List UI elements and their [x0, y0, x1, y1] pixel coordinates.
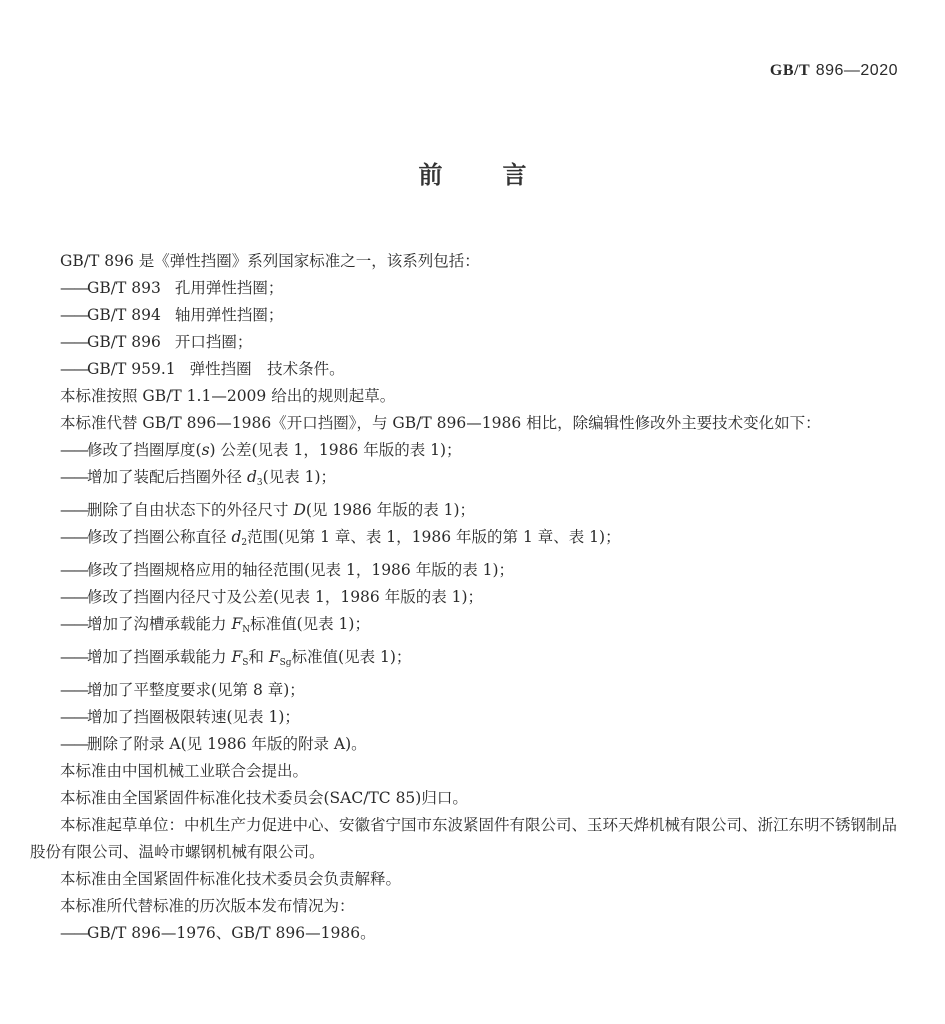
interpreted-by: 本标准由全国紧固件标准化技术委员会负责解释。	[30, 866, 910, 893]
standard-code: GB/T	[770, 62, 810, 79]
change-item: ——删除了自由状态下的外径尺寸 D(见 1986 年版的表 1)；	[30, 497, 910, 524]
series-item: ——GB/T 896开口挡圈；	[30, 329, 910, 356]
series-item: ——GB/T 959.1弹性挡圈 技术条件。	[30, 356, 910, 383]
proposed-by: 本标准由中国机械工业联合会提出。	[30, 758, 910, 785]
page-title: 前言	[0, 155, 945, 190]
series-intro: GB/T 896 是《弹性挡圈》系列国家标准之一，该系列包括：	[30, 248, 910, 275]
change-item: ——修改了挡圈厚度(s) 公差(见表 1，1986 年版的表 1)；	[30, 437, 910, 464]
replaces-statement: 本标准代替 GB/T 896—1986《开口挡圈》，与 GB/T 896—198…	[30, 410, 910, 437]
change-item: ——增加了挡圈极限转速(见表 1)；	[30, 704, 910, 731]
title-char-1: 前	[419, 155, 443, 190]
history-intro: 本标准所代替标准的历次版本发布情况为：	[30, 893, 910, 920]
change-item: ——增加了沟槽承载能力 FN标准值(见表 1)；	[30, 611, 910, 644]
standard-number-header: GB/T 896—2020	[770, 60, 898, 80]
series-item: ——GB/T 894轴用弹性挡圈；	[30, 302, 910, 329]
standard-number: 896—2020	[816, 62, 898, 79]
change-item: ——修改了挡圈公称直径 d2范围(见第 1 章、表 1，1986 年版的第 1 …	[30, 524, 910, 557]
drafting-rule: 本标准按照 GB/T 1.1—2009 给出的规则起草。	[30, 383, 910, 410]
drafting-units: 本标准起草单位：中机生产力促进中心、安徽省宁国市东波紧固件有限公司、玉环天烨机械…	[30, 812, 910, 866]
foreword-body: GB/T 896 是《弹性挡圈》系列国家标准之一，该系列包括： ——GB/T 8…	[30, 248, 910, 947]
series-item: ——GB/T 893孔用弹性挡圈；	[30, 275, 910, 302]
change-item: ——增加了平整度要求(见第 8 章)；	[30, 677, 910, 704]
change-item: ——删除了附录 A(见 1986 年版的附录 A)。	[30, 731, 910, 758]
centralized-by: 本标准由全国紧固件标准化技术委员会(SAC/TC 85)归口。	[30, 785, 910, 812]
change-item: ——增加了挡圈承载能力 FS和 FSg标准值(见表 1)；	[30, 644, 910, 677]
change-item: ——增加了装配后挡圈外径 d3(见表 1)；	[30, 464, 910, 497]
history-item: ——GB/T 896—1976、GB/T 896—1986。	[30, 920, 910, 947]
change-item: ——修改了挡圈规格应用的轴径范围(见表 1，1986 年版的表 1)；	[30, 557, 910, 584]
title-char-2: 言	[503, 155, 527, 190]
change-item: ——修改了挡圈内径尺寸及公差(见表 1，1986 年版的表 1)；	[30, 584, 910, 611]
